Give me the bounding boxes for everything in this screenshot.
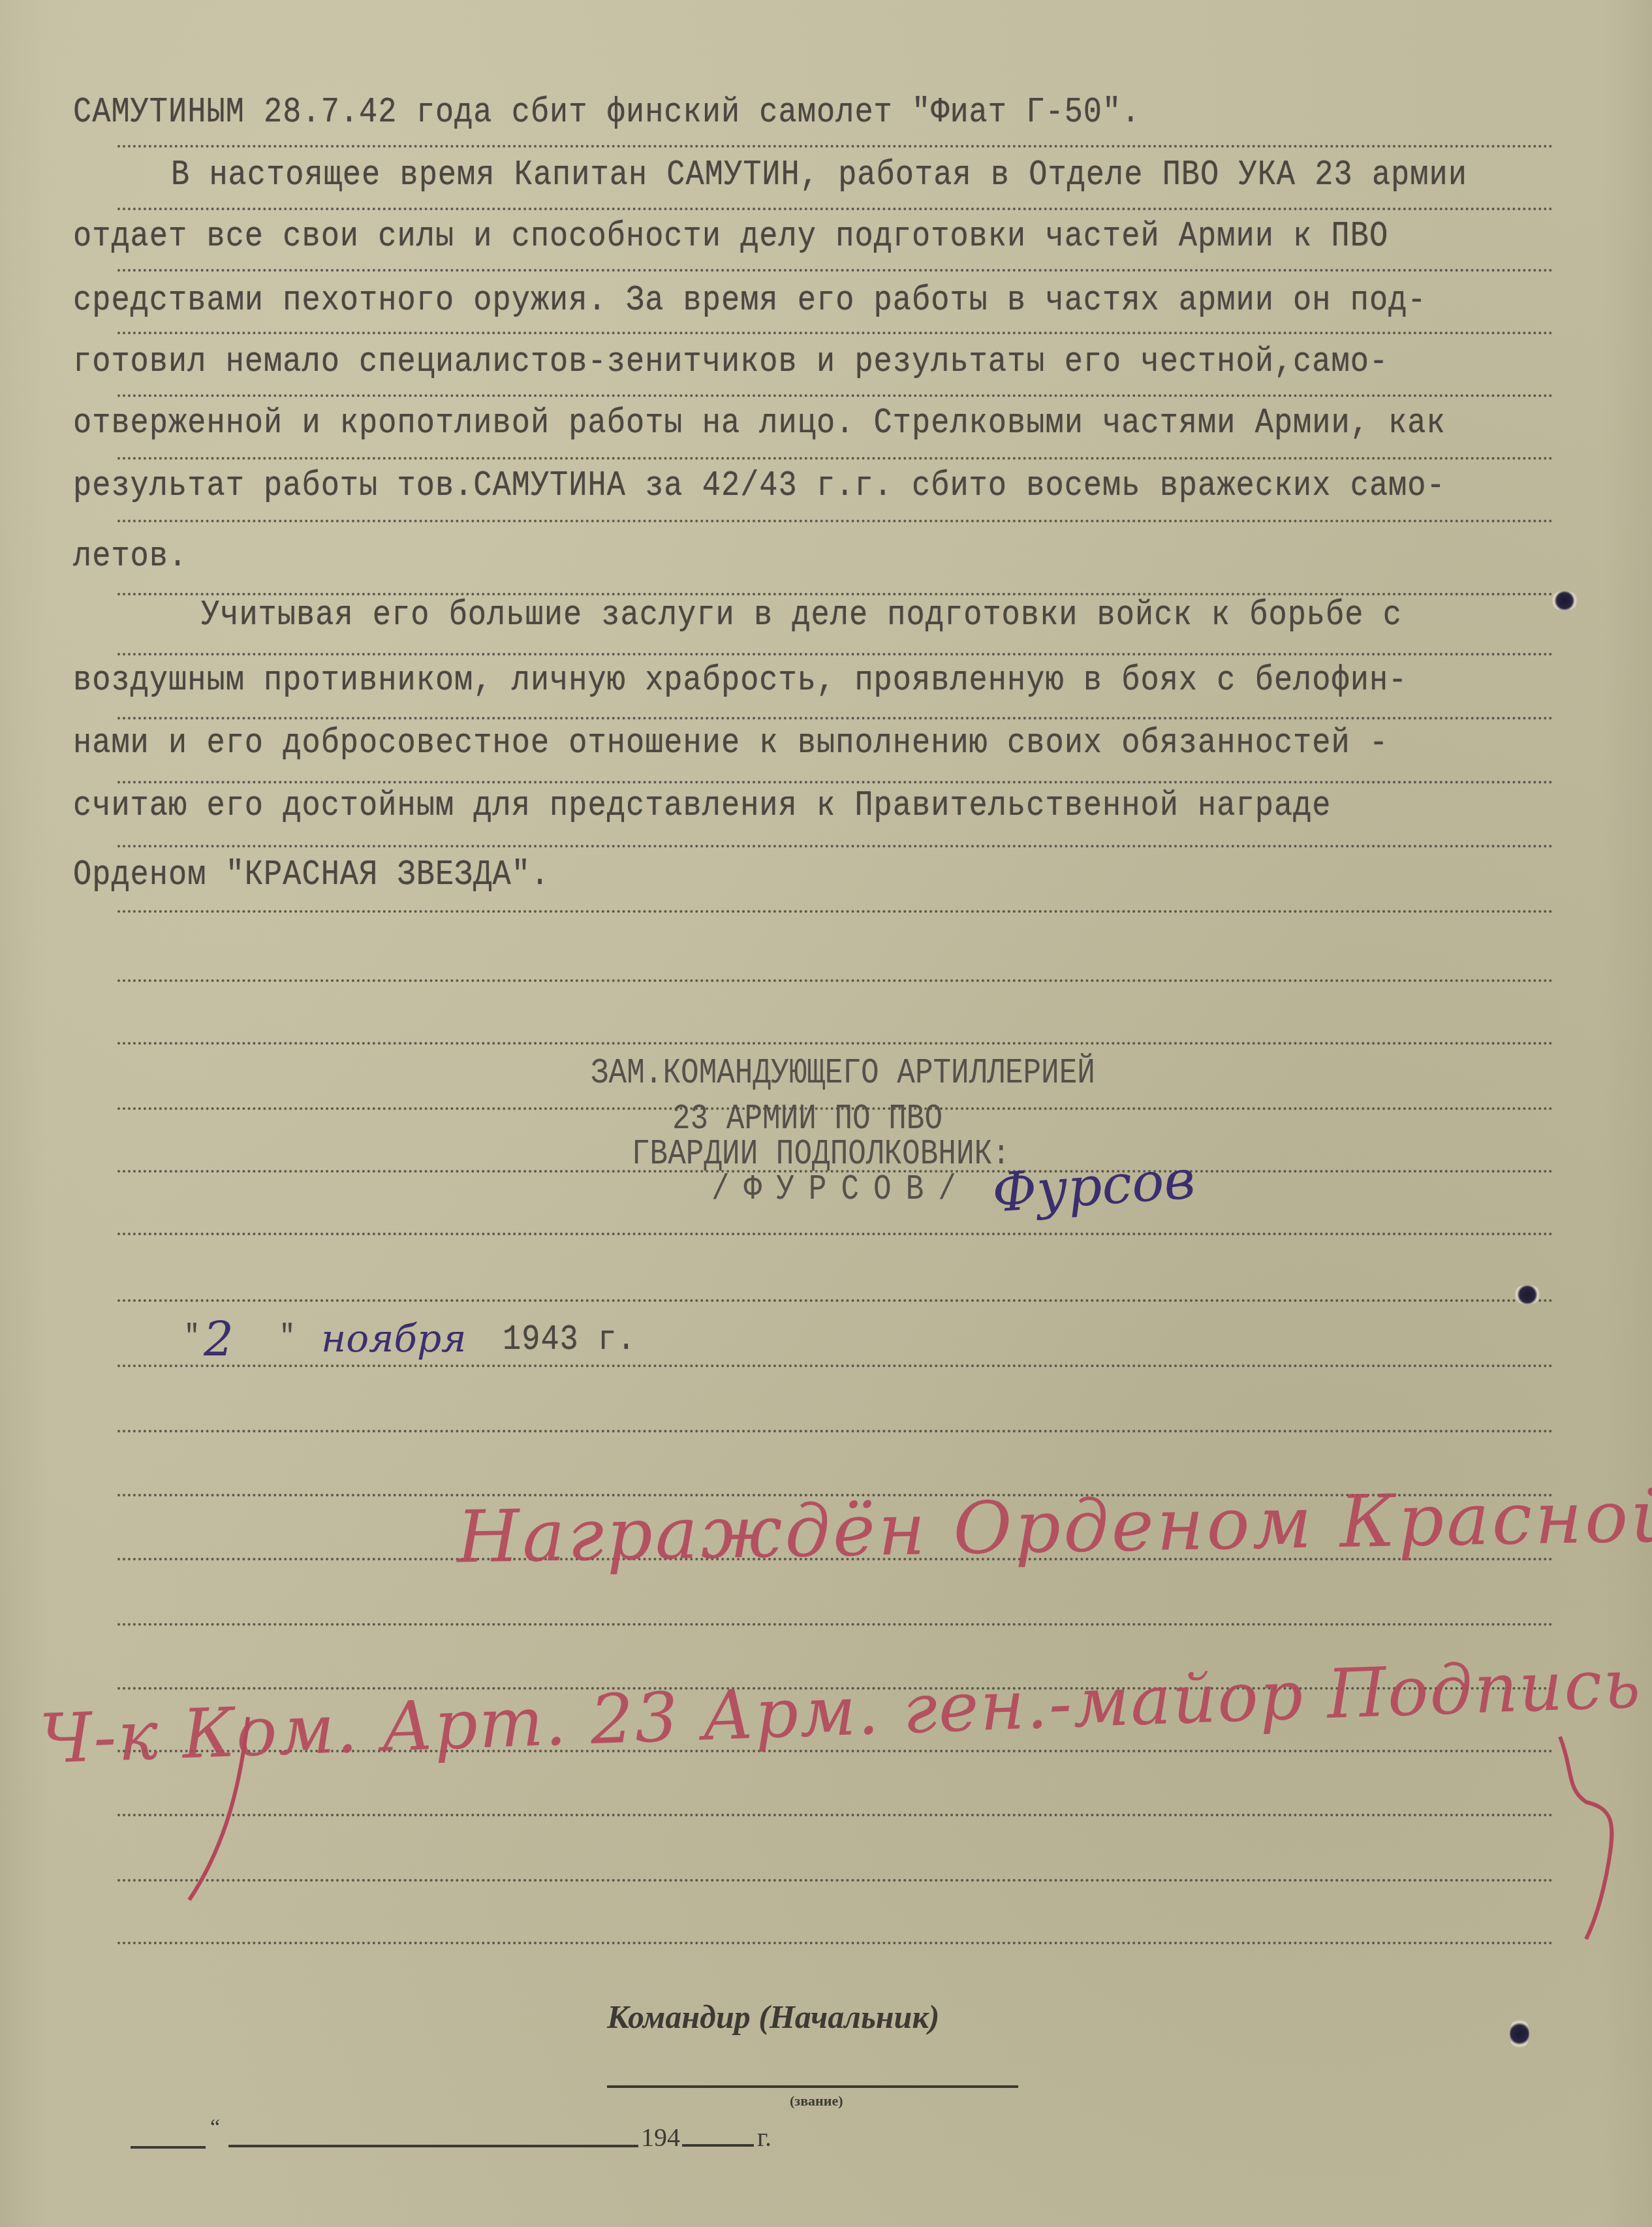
month-blank [228, 2145, 638, 2147]
ruled-line [117, 781, 1553, 783]
day-blank [131, 2146, 206, 2149]
signer-name: /ФУРСОВ/ [711, 1170, 971, 1209]
date-day: 2 [204, 1312, 234, 1367]
footer-year-suffix: г. [757, 2122, 771, 2153]
body-line: Орденом "КРАСНАЯ ЗВЕЗДА". [73, 855, 550, 895]
ruled-line [117, 1042, 1553, 1045]
ruled-line [117, 653, 1553, 655]
body-line: отдает все свои силы и способности делу … [73, 217, 1388, 257]
body-line: средствами пехотного оружия. За время ег… [73, 281, 1427, 321]
ruled-line [117, 145, 1553, 148]
ruled-line [117, 520, 1553, 522]
ruled-line [117, 1233, 1553, 1235]
resolution-line1: Награждён Орденом Красной Звезды [456, 1468, 1652, 1579]
body-line: отверженной и кропотливой работы на лицо… [73, 403, 1446, 443]
ruled-line [117, 1942, 1553, 1944]
date-open-quote: " [184, 1321, 200, 1355]
resolution-line2: Ч-к Ком. Арт. 23 Арм. ген.-майор Подпись [39, 1643, 1643, 1779]
ruled-line [117, 1879, 1553, 1882]
footer-year-prefix: 194 [641, 2122, 680, 2153]
body-line: воздушным противником, личную храбрость,… [73, 661, 1407, 701]
commander-label: Командир (Начальник) [607, 1998, 939, 2036]
ruled-line [117, 717, 1553, 719]
body-line: летов. [73, 537, 187, 576]
signer-title-line2: 23 АРМИИ ПО ПВО [672, 1099, 943, 1139]
body-line: Учитывая его большие заслуги в деле подг… [201, 595, 1402, 635]
rank-line [607, 2085, 1018, 2088]
ruled-line [117, 269, 1553, 272]
body-line: В настоящее время Капитан САМУТИН, работ… [171, 155, 1467, 195]
ruled-line [117, 1430, 1553, 1432]
ruled-line [117, 394, 1553, 397]
date-close-quote: " [279, 1321, 296, 1355]
body-line: результат работы тов.САМУТИНА за 42/43 г… [73, 466, 1446, 506]
ruled-line [117, 979, 1553, 982]
body-line: нами и его добросовестное отношение к вы… [73, 723, 1388, 763]
footer-date-quote: “ [210, 2115, 220, 2140]
ruled-line [117, 457, 1553, 460]
body-line: готовил немало специалистов-зенитчиков и… [73, 342, 1388, 382]
punch-hole [1510, 2017, 1529, 2050]
ruled-line [117, 845, 1553, 847]
body-line: САМУТИНЫМ 28.7.42 года сбит финский само… [73, 93, 1140, 133]
signer-title-line1: ЗАМ.КОМАНДУЮЩЕГО АРТИЛЛЕРИЕЙ [591, 1054, 1165, 1093]
year-blank [682, 2144, 754, 2147]
body-line: считаю его достойным для представления к… [73, 786, 1332, 826]
signature-fursov: Фурсов [990, 1148, 1197, 1224]
ruled-line [117, 1623, 1553, 1626]
ruled-line [117, 208, 1553, 210]
signer-rank: ГВАРДИИ ПОДПОЛКОВНИК: [632, 1135, 1010, 1174]
date-month: ноября [321, 1316, 466, 1361]
ruled-line [117, 1365, 1553, 1367]
ruled-line [117, 910, 1553, 913]
red-descender [183, 1711, 261, 1906]
punch-hole [1550, 591, 1579, 610]
ruled-line [117, 1299, 1553, 1302]
red-flourish [1553, 1730, 1632, 1946]
punch-hole [1513, 1285, 1542, 1304]
ruled-line [117, 1814, 1553, 1816]
ruled-line [117, 332, 1553, 334]
date-year: 1943 г. [503, 1320, 636, 1360]
rank-caption: (звание) [790, 2093, 843, 2109]
